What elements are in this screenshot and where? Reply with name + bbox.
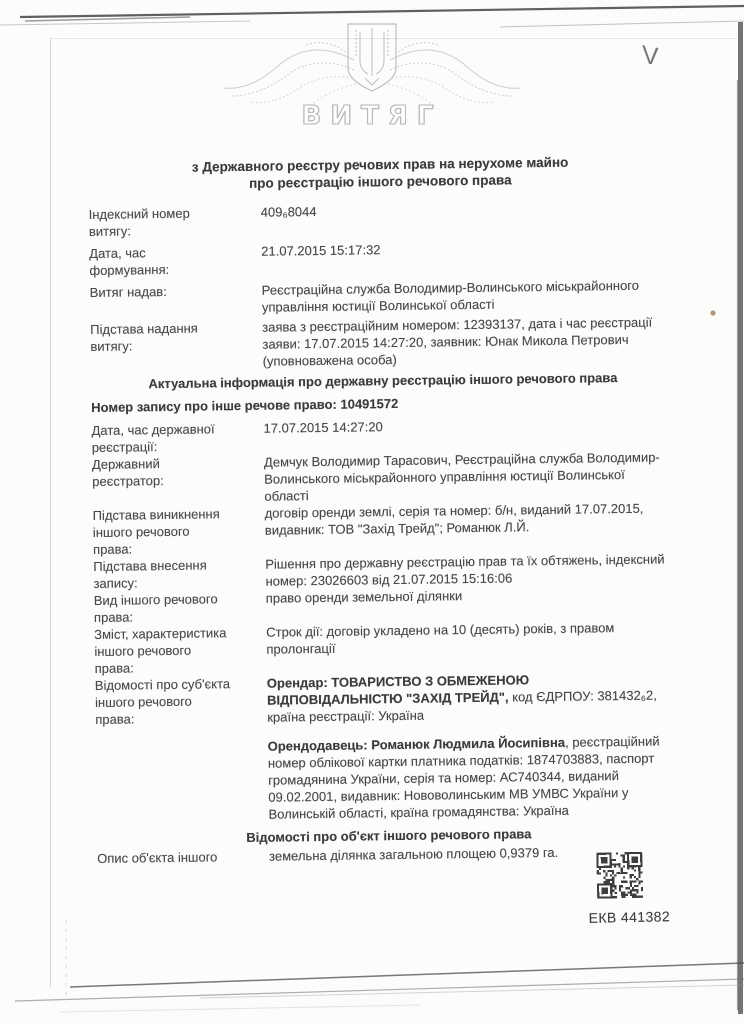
- field-value: Демчук Володимир Тарасович, Реєстраційна…: [264, 448, 677, 504]
- field-value: Орендар: ТОВАРИСТВО З ОБМЕЖЕНОЮ ВІДПОВІД…: [267, 669, 681, 822]
- field-row-registrar: Державний реєстратор: Демчук Володимир Т…: [92, 448, 677, 507]
- field-value: 21.07.2015 15:17:32: [261, 237, 673, 276]
- field-value: договір оренди землі, серія та номер: б/…: [265, 499, 678, 555]
- red-speck: [710, 310, 715, 315]
- field-label: Державний реєстратор:: [92, 454, 265, 507]
- coat-of-arms-watermark: ВИТЯГ: [206, 18, 538, 136]
- field-value: Строк дії: договір укладено на 10 (десят…: [266, 618, 679, 674]
- field-value: право оренди земельної ділянки: [266, 584, 678, 623]
- lessor-paragraph: Орендодавець: Романюк Людмила Йосипівна,…: [268, 732, 681, 822]
- field-value: заява з реєстраційним номером: 12393137,…: [262, 313, 675, 369]
- document-title: з Державного реєстру речових прав на нер…: [88, 152, 672, 194]
- lessee-paragraph: Орендар: ТОВАРИСТВО З ОБМЕЖЕНОЮ ВІДПОВІД…: [267, 669, 680, 725]
- trident-shield-icon: [348, 24, 396, 91]
- field-value: Рішення про державну реєстрацію прав та …: [265, 550, 677, 589]
- registry-stamp: ЕКВ 441382: [587, 851, 679, 926]
- field-value: 17.07.2015 14:27:20: [263, 414, 675, 453]
- field-row-request-basis: Підстава надання витягу: заява з реєстра…: [90, 313, 675, 372]
- watermark-title: ВИТЯГ: [302, 101, 443, 131]
- document-body: з Державного реєстру речових прав на нер…: [88, 152, 681, 867]
- field-value: 409₆8044: [261, 198, 673, 237]
- field-label: Вид іншого речового права:: [94, 590, 266, 626]
- field-row-right-origin-basis: Підстава виникнення іншого речового прав…: [93, 499, 678, 558]
- field-label: Відомості про суб'єкта іншого речового п…: [95, 675, 269, 825]
- field-label: Дата, час державної реєстрації:: [91, 420, 263, 456]
- field-label: Індексний номер витягу:: [89, 204, 261, 240]
- record-number-line: Номер запису про інше речове право: 1049…: [91, 391, 675, 416]
- scanned-extract-document: ВИТЯГ V з Державного реєстру речових пра…: [0, 0, 744, 1024]
- field-label: Дата, час формування:: [89, 243, 261, 279]
- qr-code: [596, 852, 643, 899]
- field-value: Реєстраційна служба Володимир-Волинськог…: [262, 276, 674, 315]
- field-label: Опис об'єкта іншого: [97, 848, 269, 867]
- field-row-subject-info: Відомості про суб'єкта іншого речового п…: [95, 669, 681, 825]
- field-label: Витяг надав:: [90, 282, 262, 318]
- field-row-right-content: Зміст, характеристика іншого речового пр…: [94, 618, 679, 677]
- stamp-code: ЕКВ 441382: [588, 908, 678, 926]
- field-label: Зміст, характеристика іншого речового пр…: [94, 624, 267, 677]
- field-row-formation-date: Дата, час формування: 21.07.2015 15:17:3…: [89, 237, 673, 279]
- field-label: Підстава надання витягу:: [90, 319, 263, 372]
- field-row-index-number: Індексний номер витягу: 409₆8044: [89, 198, 673, 240]
- handwritten-checkmark: V: [642, 40, 658, 72]
- lessee-name: Орендар: ТОВАРИСТВО З ОБМЕЖЕНОЮ ВІДПОВІД…: [267, 672, 529, 707]
- field-row-issued-by: Витяг надав: Реєстраційна служба Володим…: [90, 276, 674, 318]
- lessor-name: Орендодавець: Романюк Людмила Йосипівна: [268, 735, 566, 754]
- section-heading-current-info: Актуальна інформація про державну реєстр…: [91, 368, 675, 393]
- field-label: Підстава внесення запису:: [93, 556, 265, 592]
- field-label: Підстава виникнення іншого речового прав…: [93, 505, 266, 558]
